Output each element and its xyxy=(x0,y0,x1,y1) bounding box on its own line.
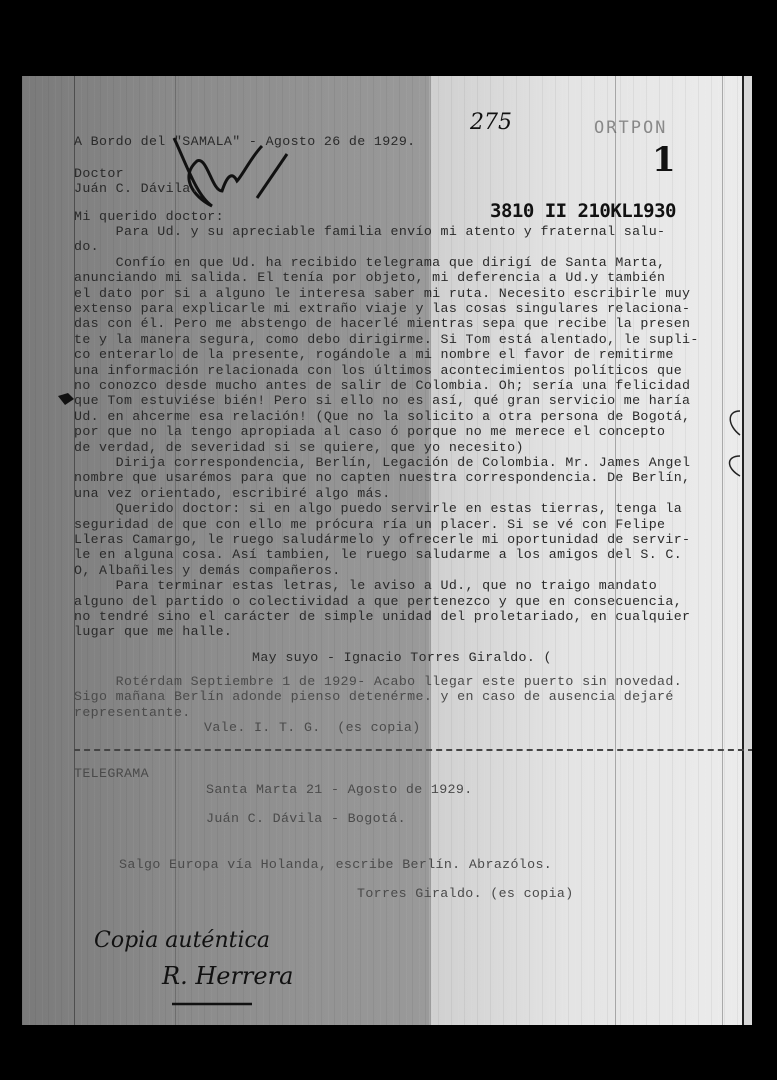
postscript-line: Sigo mañana Berlín adonde pienso detenér… xyxy=(74,689,674,705)
letter-line: Para Ud. y su apreciable familia envío m… xyxy=(74,224,665,240)
telegram-origin: Santa Marta 21 - Agosto de 1929. xyxy=(206,782,473,798)
letter-line: no tendré sino el carácter de simple uni… xyxy=(74,609,690,625)
letter-line: alguno del partido o colectividad a que … xyxy=(74,594,682,610)
signature-underline xyxy=(172,1001,272,1007)
letter-line: Confío en que Ud. ha recibido telegrama … xyxy=(74,255,665,271)
letter-line: una vez orientado, escribiré algo más. xyxy=(74,486,391,502)
telegram-label: TELEGRAMA xyxy=(74,766,149,782)
letter-line: Lleras Camargo, le ruego saludármelo y o… xyxy=(74,532,690,548)
letter-line: no conozco desde mucho antes de salir de… xyxy=(74,378,690,394)
letter-line: el dato por si a alguno le interesa sabe… xyxy=(74,286,690,302)
scanned-letter-page: 275 ORTPON 1 3810 II 210KL1930 A Bordo d… xyxy=(22,76,752,1025)
letter-line: Querido doctor: si en algo puedo servirl… xyxy=(74,501,682,517)
letter-heading: A Bordo del "SAMALA" - Agosto 26 de 1929… xyxy=(74,134,416,150)
letter-line: Dirija correspondencia, Berlín, Legación… xyxy=(74,455,690,471)
letter-line: anunciando mi salida. El tenía por objet… xyxy=(74,270,665,286)
recipient-name: Juán C. Dávila. xyxy=(74,181,199,197)
certification-note: Copia auténtica xyxy=(94,928,270,953)
letter-line: por que no la tengo apropiada al caso ó … xyxy=(74,424,665,440)
letter-line: do. xyxy=(74,239,99,255)
letter-line: extenso para explicarle mi extraño viaje… xyxy=(74,301,690,317)
letter-line: nombre que usarémos para que no capten n… xyxy=(74,470,690,486)
letter-closing: May suyo - Ignacio Torres Giraldo. ( xyxy=(252,650,552,666)
telegram-body: Salgo Europa vía Holanda, escribe Berlín… xyxy=(119,857,552,873)
letter-line: O, Albañiles y demás compañeros. xyxy=(74,563,341,579)
letter-line: Ud. en ahcerme esa relación! (Que no la … xyxy=(74,409,690,425)
letter-line: de verdad, de severidad si se quiere, qu… xyxy=(74,440,524,456)
letter-line: seguridad de que con ello me prócura ría… xyxy=(74,517,665,533)
salutation: Mi querido doctor: xyxy=(74,209,224,225)
letter-line: das con él. Pero me abstengo de hacerlé … xyxy=(74,316,690,332)
letter-line: le en alguna cosa. Así tambien, le ruego… xyxy=(74,547,682,563)
letter-line: Para terminar estas letras, le aviso a U… xyxy=(74,578,657,594)
letter-line: co enterarlo de la presente, rogándole a… xyxy=(74,347,674,363)
letter-line: que Tom estuviése bién! Pero si ello no … xyxy=(74,393,690,409)
telegram-signature: Torres Giraldo. (es copia) xyxy=(357,886,574,902)
postscript-line: Rotérdam Septiembre 1 de 1929- Acabo lle… xyxy=(74,674,682,690)
letter-line: una información relacionada con los últi… xyxy=(74,363,682,379)
postscript-line: representante. xyxy=(74,705,191,721)
certification-signature: R. Herrera xyxy=(162,962,293,990)
letter-line: lugar que me halle. xyxy=(74,624,232,640)
letter-line: te y la manera segura, como debo dirigir… xyxy=(74,332,699,348)
recipient-title: Doctor xyxy=(74,166,124,182)
telegram-addressee: Juán C. Dávila - Bogotá. xyxy=(206,811,406,827)
section-divider xyxy=(74,749,752,751)
postscript-signature: Vale. I. T. G. (es copia) xyxy=(204,720,421,736)
